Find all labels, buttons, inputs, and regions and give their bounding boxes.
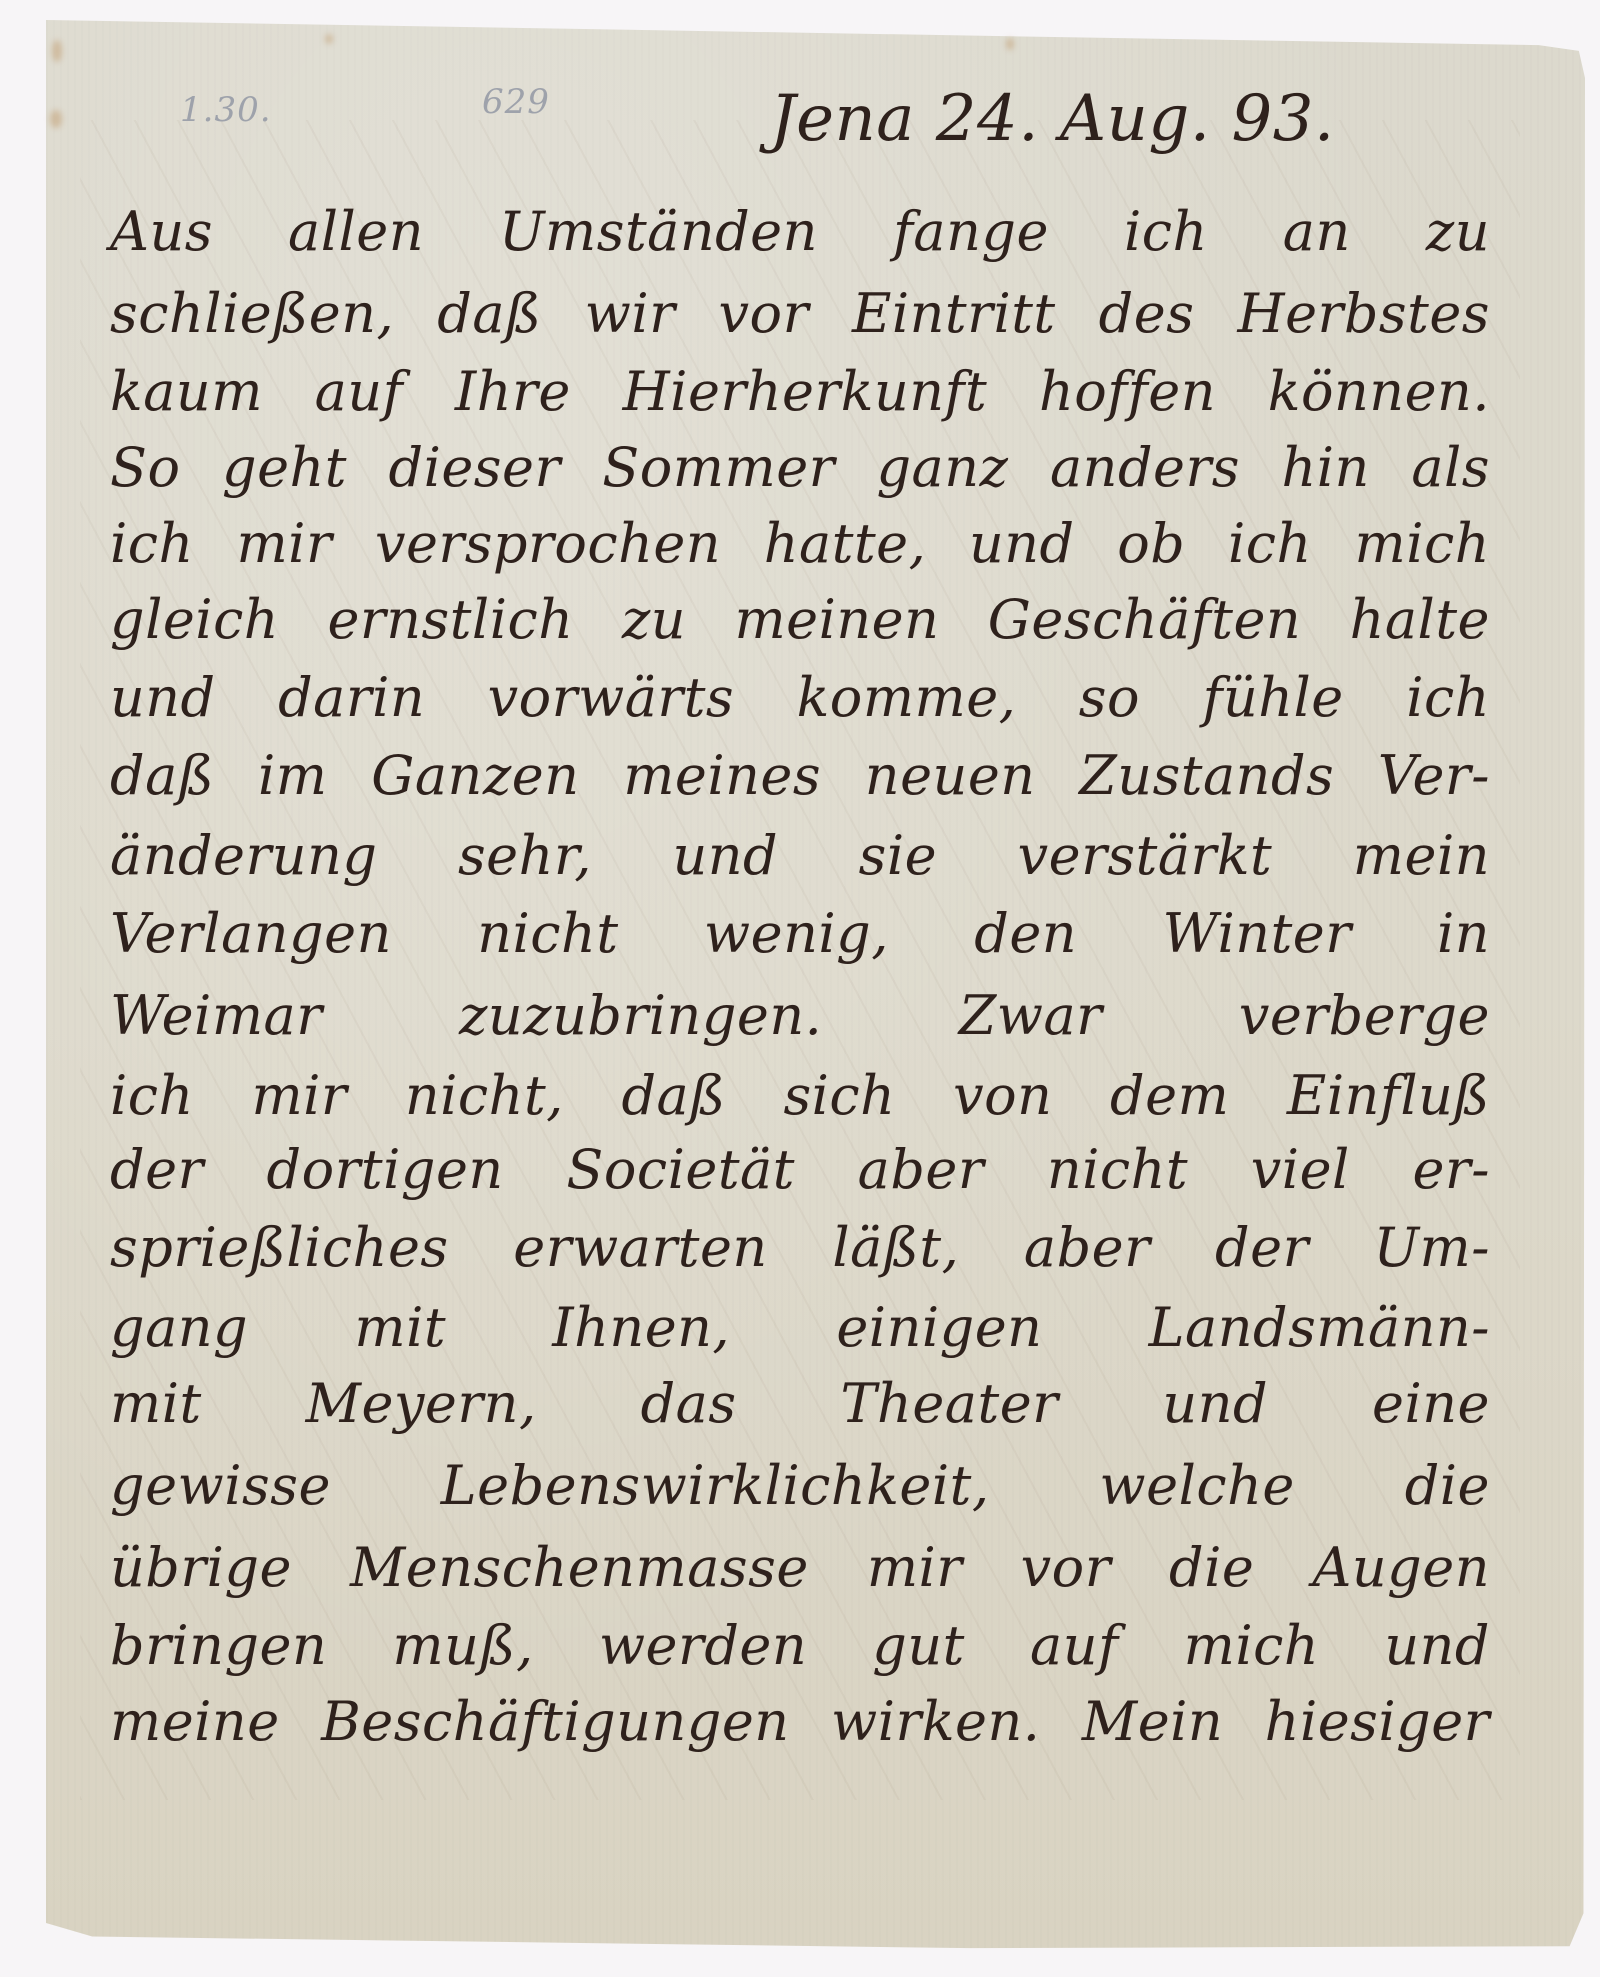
dateline: Jena 24. Aug. 93. <box>770 82 1335 156</box>
letter-line: gewisse Lebenswirklichkeit, welche die <box>110 1454 1490 1517</box>
letter-line: kaum auf Ihre Hierherkunft hoffen können… <box>110 360 1490 423</box>
letter-line: änderung sehr, und sie verstärkt mein <box>110 824 1490 887</box>
foxing-stain <box>325 34 333 44</box>
letter-line: daß im Ganzen meines neuen Zustands Ver- <box>110 744 1490 807</box>
letter-line: übrige Menschenmasse mir vor die Augen <box>110 1536 1490 1599</box>
letter-line: schließen, daß wir vor Eintritt des Herb… <box>110 282 1490 345</box>
letter-line: sprießliches erwarten läßt, aber der Um- <box>110 1216 1490 1279</box>
letter-line: ich mir versprochen hatte, und ob ich mi… <box>110 512 1490 575</box>
archive-number: 1.30. <box>180 90 272 130</box>
foxing-stain <box>1006 38 1014 50</box>
letter-line: mit Meyern, das Theater und eine <box>110 1372 1490 1435</box>
letter-line: bringen muß, werden gut auf mich und <box>110 1614 1490 1677</box>
letter-line: ich mir nicht, daß sich von dem Einfluß <box>110 1064 1490 1127</box>
letter-line: der dortigen Societät aber nicht viel er… <box>110 1138 1490 1201</box>
letter-line: Verlangen nicht wenig, den Winter in <box>110 902 1490 965</box>
foxing-stain <box>50 110 62 128</box>
letter-line: So geht dieser Sommer ganz anders hin al… <box>110 436 1490 499</box>
archive-number: 629 <box>482 82 550 122</box>
letter-line: Aus allen Umständen fange ich an zu <box>110 200 1490 263</box>
letter-line: Weimar zuzubringen. Zwar verberge <box>110 984 1490 1047</box>
letter-line: gang mit Ihnen, einigen Landsmänn- <box>110 1296 1490 1359</box>
letter-line: gleich ernstlich zu meinen Geschäften ha… <box>110 588 1490 651</box>
letter-line: meine Beschäftigungen wirken. Mein hiesi… <box>110 1690 1490 1753</box>
letter-line: und darin vorwärts komme, so fühle ich <box>110 666 1490 729</box>
foxing-stain <box>52 40 62 62</box>
